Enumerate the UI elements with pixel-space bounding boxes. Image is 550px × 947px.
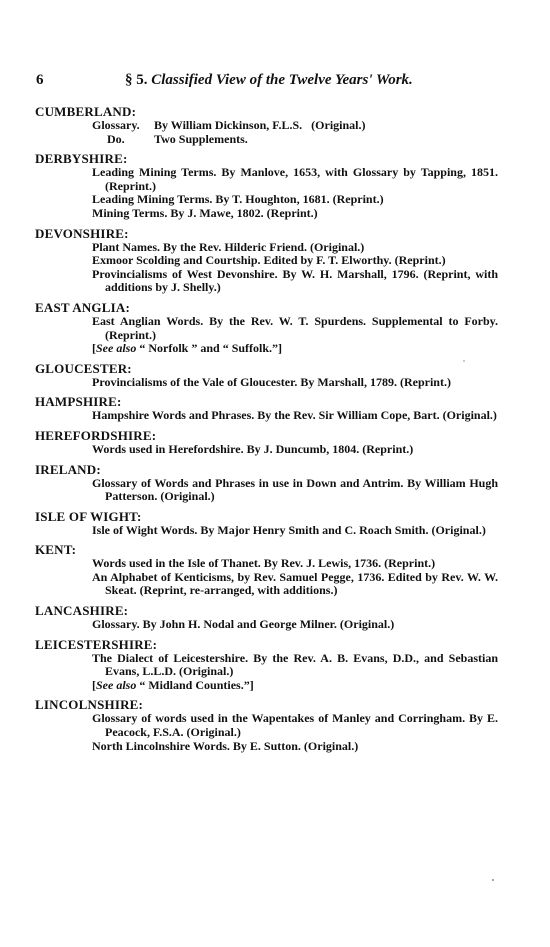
section-lancashire: LANCASHIRE: Glossary. By John H. Nodal a… — [35, 603, 498, 632]
section-heading: KENT: — [35, 542, 498, 557]
section-ireland: IRELAND: Glossary of Words and Phrases i… — [35, 462, 498, 504]
entry: Leading Mining Terms. By T. Houghton, 16… — [92, 193, 498, 207]
scan-speck — [463, 360, 465, 362]
entry: Plant Names. By the Rev. Hilderic Friend… — [92, 241, 498, 255]
entry-label: Glossary. — [92, 119, 154, 133]
see-also-note: [See also “ Norfolk ” and “ Suffolk.”] — [92, 342, 498, 356]
entry: Words used in Herefordshire. By J. Duncu… — [92, 443, 498, 457]
section-leicestershire: LEICESTERSHIRE: The Dialect of Leicester… — [35, 637, 498, 693]
entry: Hampshire Words and Phrases. By the Rev.… — [92, 409, 498, 423]
entry: An Alphabet of Kenticisms, by Rev. Samue… — [92, 571, 498, 598]
section-herefordshire: HEREFORDSHIRE: Words used in Herefordshi… — [35, 428, 498, 457]
entry: Glossary of words used in the Wapentakes… — [92, 712, 498, 739]
entry: Provincialisms of the Vale of Gloucester… — [92, 376, 498, 390]
section-hampshire: HAMPSHIRE: Hampshire Words and Phrases. … — [35, 394, 498, 423]
note-see-also: See also — [96, 341, 136, 355]
running-title: § 5. Classified View of the Twelve Years… — [125, 72, 413, 89]
entry: Mining Terms. By J. Mawe, 1802. (Reprint… — [92, 207, 498, 221]
scan-speck — [492, 879, 494, 881]
section-heading: HAMPSHIRE: — [35, 394, 498, 409]
section-devonshire: DEVONSHIRE: Plant Names. By the Rev. Hil… — [35, 226, 498, 295]
section-heading: CUMBERLAND: — [35, 104, 498, 119]
glossary-list: CUMBERLAND: Glossary. By William Dickins… — [35, 104, 498, 758]
entry: Glossary. By John H. Nodal and George Mi… — [92, 618, 498, 632]
page-number: 6 — [36, 72, 44, 89]
entry: Glossary of Words and Phrases in use in … — [92, 477, 498, 504]
running-header: 6 § 5. Classified View of the Twelve Yea… — [35, 72, 505, 90]
entry: North Lincolnshire Words. By E. Sutton. … — [92, 740, 498, 754]
running-title-text: Classified View of the Twelve Years' Wor… — [151, 72, 413, 88]
section-mark: § 5. — [125, 72, 148, 88]
entry: The Dialect of Leicestershire. By the Re… — [92, 652, 498, 679]
section-heading: GLOUCESTER: — [35, 361, 498, 376]
section-heading: LANCASHIRE: — [35, 603, 498, 618]
entry: Leading Mining Terms. By Manlove, 1653, … — [92, 166, 498, 193]
entry: Provincialisms of West Devonshire. By W.… — [92, 268, 498, 295]
section-heading: HEREFORDSHIRE: — [35, 428, 498, 443]
entry-text: By William Dickinson, F.L.S. (Original.) — [154, 119, 366, 133]
section-derbyshire: DERBYSHIRE: Leading Mining Terms. By Man… — [35, 151, 498, 220]
section-lincolnshire: LINCOLNSHIRE: Glossary of words used in … — [35, 697, 498, 753]
section-heading: IRELAND: — [35, 462, 498, 477]
section-isle-of-wight: ISLE OF WIGHT: Isle of Wight Words. By M… — [35, 509, 498, 538]
section-heading: DERBYSHIRE: — [35, 151, 498, 166]
section-cumberland: CUMBERLAND: Glossary. By William Dickins… — [35, 104, 498, 146]
entry-label: Do. — [92, 133, 154, 147]
entry: Glossary. By William Dickinson, F.L.S. (… — [92, 119, 498, 133]
section-heading: LEICESTERSHIRE: — [35, 637, 498, 652]
section-heading: LINCOLNSHIRE: — [35, 697, 498, 712]
section-gloucester: GLOUCESTER: Provincialisms of the Vale o… — [35, 361, 498, 390]
section-kent: KENT: Words used in the Isle of Thanet. … — [35, 542, 498, 598]
entry-text: Two Supplements. — [154, 133, 248, 147]
note-see-also: See also — [96, 678, 136, 692]
entry: East Anglian Words. By the Rev. W. T. Sp… — [92, 315, 498, 342]
entry: Exmoor Scolding and Courtship. Edited by… — [92, 254, 498, 268]
book-page: 6 § 5. Classified View of the Twelve Yea… — [0, 0, 550, 947]
section-heading: EAST ANGLIA: — [35, 300, 498, 315]
note-reference: “ Midland Counties.”] — [136, 678, 253, 692]
entry: Words used in the Isle of Thanet. By Rev… — [92, 557, 498, 571]
see-also-note: [See also “ Midland Counties.”] — [92, 679, 498, 693]
entry: Do. Two Supplements. — [92, 133, 498, 147]
note-reference: “ Norfolk ” and “ Suffolk.”] — [136, 341, 282, 355]
section-heading: DEVONSHIRE: — [35, 226, 498, 241]
section-east-anglia: EAST ANGLIA: East Anglian Words. By the … — [35, 300, 498, 356]
section-heading: ISLE OF WIGHT: — [35, 509, 498, 524]
entry: Isle of Wight Words. By Major Henry Smit… — [92, 524, 498, 538]
